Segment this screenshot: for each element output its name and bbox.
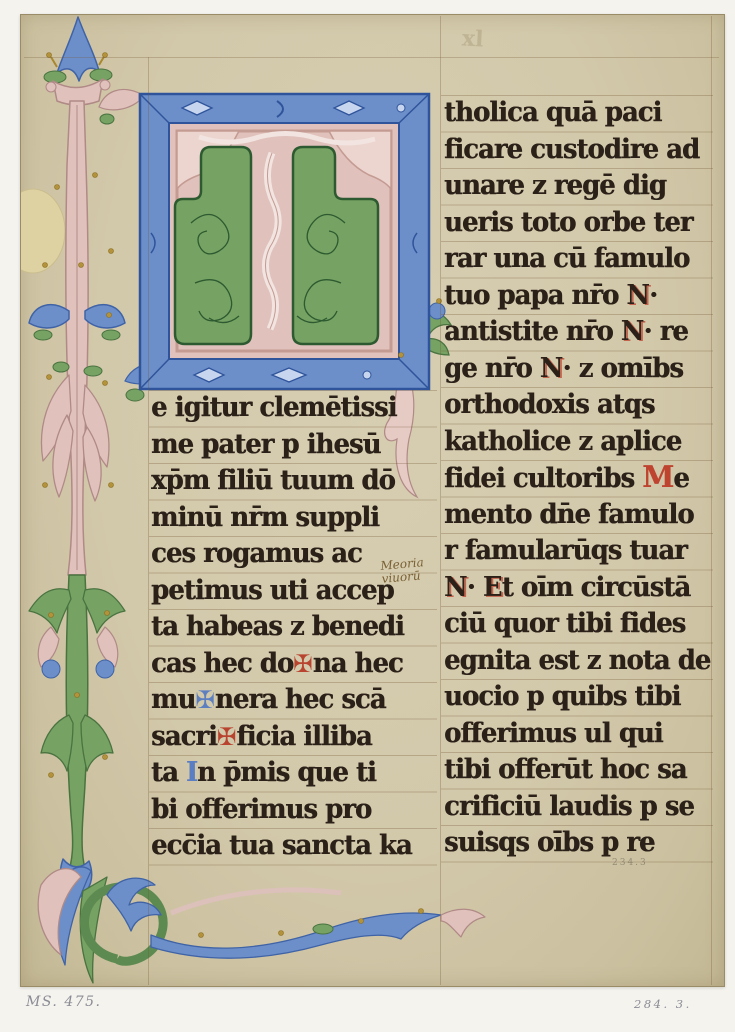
- text-line: ta habeas z benedi: [151, 609, 424, 646]
- text-line: crificiū laudis p se: [444, 789, 703, 826]
- text-line: katholice z aplice: [444, 424, 703, 461]
- text-line: xp̄m filiū tuum dō: [151, 463, 424, 500]
- text-line: egnita est z nota de: [444, 643, 703, 680]
- text-line: unare z regē dig: [444, 168, 703, 205]
- text-segment: N: [444, 572, 467, 603]
- text-segment: nera hec scā: [215, 684, 386, 715]
- text-segment: ta: [151, 757, 186, 788]
- shelfmark-inscription: MS. 475.: [26, 994, 102, 1010]
- text-segment: cas hec do: [151, 648, 293, 679]
- text-segment: M: [642, 460, 673, 495]
- text-line: ta In p̄mis que ti: [151, 755, 424, 792]
- text-column-left: e igitur clemētissime pater p ihesūxp̄m …: [151, 390, 424, 865]
- text-segment: crificiū laudis p se: [444, 791, 694, 822]
- text-line: ueris toto orbe ter: [444, 205, 703, 242]
- text-segment: na hec: [313, 648, 403, 679]
- text-segment: sacri: [151, 721, 217, 752]
- text-segment: fidei cultoribs: [444, 463, 642, 494]
- text-segment: e igitur clemētissi: [151, 392, 396, 423]
- text-column-right: tholica quā pacificare custodire adunare…: [444, 95, 703, 862]
- text-line: uocio p quibs tibi: [444, 679, 703, 716]
- text-segment: tholica quā paci: [444, 97, 661, 128]
- text-line: sacri✠ficia illiba: [151, 719, 424, 756]
- text-segment: uocio p quibs tibi: [444, 681, 680, 712]
- text-segment: suisqs oībs p re: [444, 827, 654, 858]
- text-line: me pater p ihesū: [151, 427, 424, 464]
- text-line: ficare custodire ad: [444, 132, 703, 169]
- text-segment: r famularūqs tuar: [444, 535, 687, 566]
- text-segment: offerimus ul qui: [444, 718, 663, 749]
- text-segment: ficia illiba: [236, 721, 371, 752]
- text-segment: egnita est z nota de: [444, 645, 710, 676]
- text-line: minū nr̄m suppli: [151, 500, 424, 537]
- text-segment: · re: [643, 316, 687, 347]
- consecration-cross: ✠: [217, 722, 237, 751]
- consecration-cross: ✠: [293, 649, 313, 678]
- text-line: suisqs oībs p re: [444, 825, 703, 862]
- text-segment: t oīm circūstā: [502, 572, 690, 603]
- text-line: antistite nr̄o N· re: [444, 314, 703, 351]
- text-segment: antistite nr̄o: [444, 316, 621, 347]
- text-line: ge nr̄o N· z omībs: [444, 351, 703, 388]
- text-line: rar una cū famulo: [444, 241, 703, 278]
- text-line: fidei cultoribs Me: [444, 460, 703, 497]
- text-segment: tibi offerūt hoc sa: [444, 754, 686, 785]
- text-line: orthodoxis atqs: [444, 387, 703, 424]
- text-line: tuo papa nr̄o N·: [444, 278, 703, 315]
- manuscript-photo: tholica quā pacificare custodire adunare…: [0, 0, 735, 1032]
- text-segment: ficare custodire ad: [444, 134, 699, 165]
- text-segment: orthodoxis atqs: [444, 389, 654, 420]
- text-segment: mu: [151, 684, 195, 715]
- text-segment: I: [186, 757, 197, 788]
- text-segment: N: [626, 280, 649, 311]
- text-segment: ·: [649, 280, 657, 311]
- text-segment: N: [621, 316, 644, 347]
- text-segment: xp̄m filiū tuum dō: [151, 465, 395, 496]
- text-segment: unare z regē dig: [444, 170, 666, 201]
- text-segment: ge nr̄o: [444, 353, 540, 384]
- marginal-annotation: Meoria viuorū: [380, 556, 425, 586]
- text-line: r famularūqs tuar: [444, 533, 703, 570]
- decorated-initial-T: [140, 94, 429, 389]
- text-segment: ciū quor tibi fides: [444, 608, 685, 639]
- text-line: bi offerimus pro: [151, 792, 424, 829]
- text-segment: e: [673, 463, 689, 494]
- text-segment: petimus uti accep: [151, 575, 394, 606]
- text-line: ecc̄ia tua sancta ka: [151, 828, 424, 865]
- text-segment: ueris toto orbe ter: [444, 207, 692, 238]
- damage-patch: [21, 189, 65, 273]
- text-segment: me pater p ihesū: [151, 429, 380, 460]
- text-segment: ces rogamus ac: [151, 538, 362, 569]
- faint-pencil-number: 234.3: [612, 858, 648, 868]
- text-segment: tuo papa nr̄o: [444, 280, 626, 311]
- text-segment: · z omībs: [562, 353, 682, 384]
- museum-number-inscription: 284. 3.: [634, 997, 692, 1011]
- text-segment: ·: [467, 572, 483, 603]
- text-line: mu✠nera hec scā: [151, 682, 424, 719]
- text-line: tholica quā paci: [444, 95, 703, 132]
- text-segment: ta habeas z benedi: [151, 611, 404, 642]
- text-line: offerimus ul qui: [444, 716, 703, 753]
- text-segment: bi offerimus pro: [151, 794, 371, 825]
- text-segment: n p̄mis que ti: [197, 757, 376, 788]
- consecration-cross: ✠: [195, 685, 215, 714]
- text-line: ciū quor tibi fides: [444, 606, 703, 643]
- text-line: e igitur clemētissi: [151, 390, 424, 427]
- text-segment: mento dn̄e famulo: [444, 499, 694, 530]
- ruling-line: [24, 57, 719, 58]
- text-segment: minū nr̄m suppli: [151, 502, 379, 533]
- text-segment: katholice z aplice: [444, 426, 681, 457]
- text-segment: E: [483, 572, 502, 603]
- text-line: cas hec do✠na hec: [151, 646, 424, 683]
- showthrough-mark: xl: [461, 25, 484, 52]
- text-segment: N: [540, 353, 563, 384]
- text-segment: ecc̄ia tua sancta ka: [151, 830, 412, 861]
- text-line: tibi offerūt hoc sa: [444, 752, 703, 789]
- text-segment: rar una cū famulo: [444, 243, 689, 274]
- text-line: mento dn̄e famulo: [444, 497, 703, 534]
- text-line: N· Et oīm circūstā: [444, 570, 703, 607]
